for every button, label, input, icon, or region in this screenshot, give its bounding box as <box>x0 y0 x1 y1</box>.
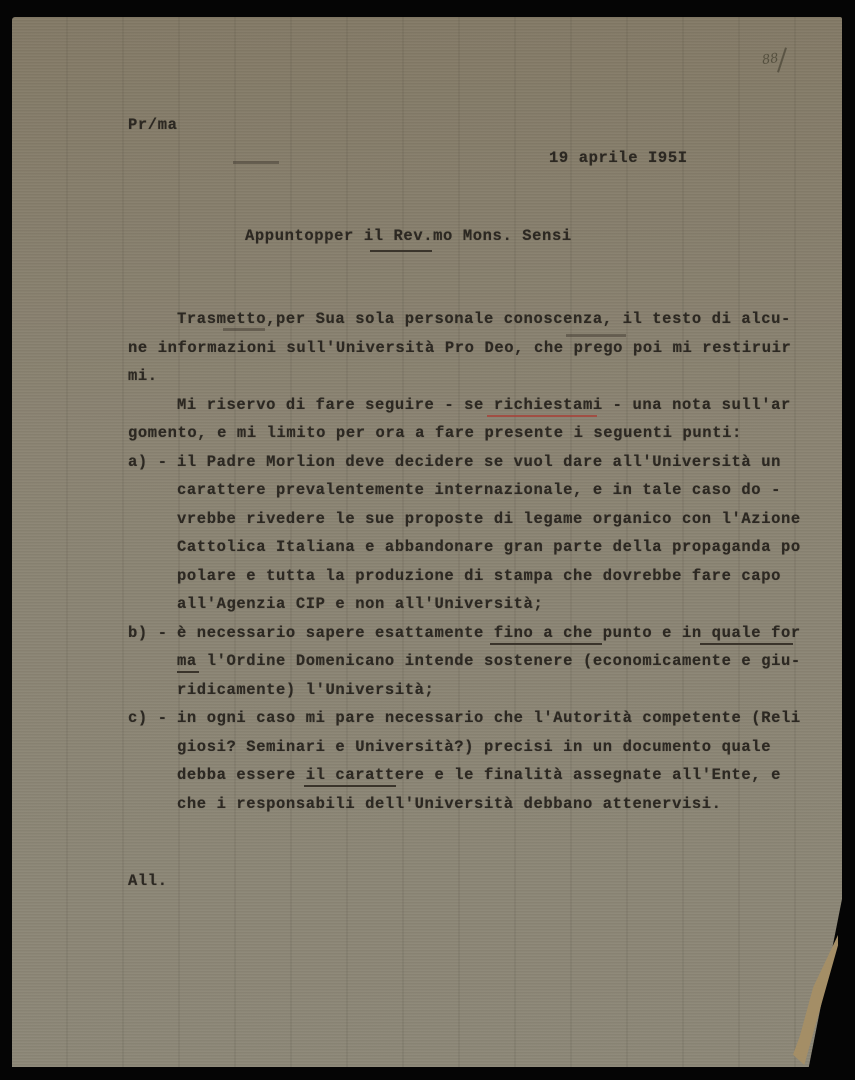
point-line: ridicamente) l'Università; <box>177 681 434 699</box>
point-line: debba essere il carattere e le finalità … <box>177 766 781 784</box>
point-marker: c) - <box>128 709 168 727</box>
enclosure-note: All. <box>128 872 168 890</box>
point-line: in ogni caso mi pare necessario che l'Au… <box>177 709 801 727</box>
pencil-mark <box>566 334 626 337</box>
point-line: Cattolica Italiana e abbandonare gran pa… <box>177 538 801 556</box>
point-line: polare e tutta la produzione di stampa c… <box>177 567 781 585</box>
point-line: il Padre Morlion deve decidere se vuol d… <box>177 453 781 471</box>
point-line: è necessario sapere esattamente fino a c… <box>177 624 801 642</box>
underline <box>304 785 396 787</box>
document-date: 19 aprile I95I <box>549 149 688 167</box>
reference-code: Pr/ma <box>128 116 178 134</box>
title-underline <box>370 250 432 252</box>
paragraph-line: ne informazioni sull'Università Pro Deo,… <box>128 339 791 357</box>
point-line: all'Agenzia CIP e non all'Università; <box>177 595 543 613</box>
point-marker: a) - <box>128 453 168 471</box>
point-marker: b) - <box>128 624 168 642</box>
struck-mark <box>233 161 279 164</box>
underline <box>490 643 602 645</box>
underline <box>177 671 199 673</box>
paragraph-line: Trasmetto,per Sua sola personale conosce… <box>177 310 791 328</box>
paragraph-line: mi. <box>128 367 158 385</box>
paragraph-line: Mi riservo di fare seguire - se richiest… <box>177 396 791 414</box>
point-line: carattere prevalentemente internazionale… <box>177 481 781 499</box>
point-line: vrebbe rivedere le sue proposte di legam… <box>177 510 801 528</box>
point-line: che i responsabili dell'Università debba… <box>177 795 722 813</box>
point-line: giosi? Seminari e Università?) precisi i… <box>177 738 771 756</box>
underline <box>700 643 793 645</box>
document-title: Appuntopper il Rev.mo Mons. Sensi <box>245 227 572 245</box>
archive-number: 88 <box>761 51 779 68</box>
pencil-mark <box>223 328 265 331</box>
point-line: ma l'Ordine Domenicano intende sostenere… <box>177 652 801 670</box>
red-underline <box>487 415 597 417</box>
paragraph-line: gomento, e mi limito per ora a fare pres… <box>128 424 742 442</box>
